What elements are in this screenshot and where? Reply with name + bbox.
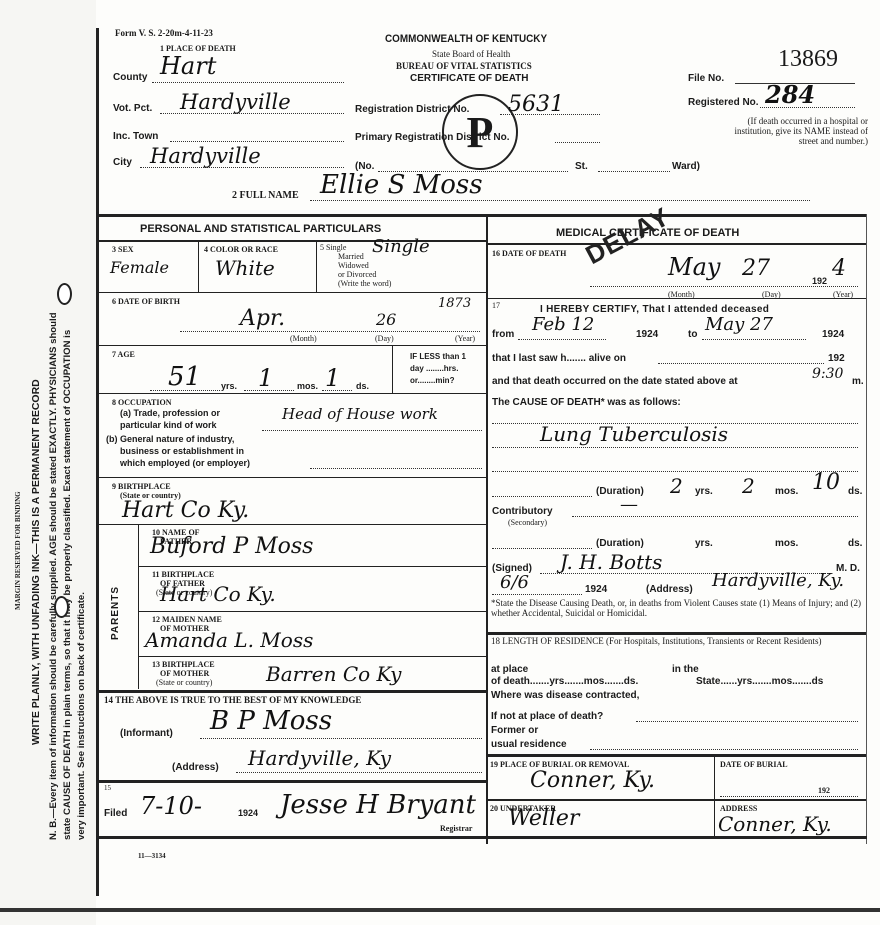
duration2-yrs-label: yrs. bbox=[695, 538, 713, 549]
left-margin: MARGIN RESERVED FOR BINDING WRITE PLAINL… bbox=[0, 0, 96, 925]
signed-address: Hardyville, Ky. bbox=[712, 570, 844, 591]
binding-hole-top bbox=[57, 283, 72, 305]
birthplace-value: Hart Co Ky. bbox=[122, 498, 249, 523]
to-year: 1924 bbox=[822, 329, 844, 340]
undertaker-value: Weller bbox=[508, 806, 579, 831]
column-divider bbox=[486, 214, 488, 844]
sex-value: Female bbox=[110, 258, 169, 277]
st-line bbox=[598, 171, 670, 172]
residence-label: 18 LENGTH OF RESIDENCE (For Hospitals, I… bbox=[491, 636, 861, 647]
informant-label: (Informant) bbox=[120, 728, 173, 739]
signed-date: 6/6 bbox=[500, 572, 529, 593]
date-of-death-line bbox=[590, 286, 858, 287]
rule-father bbox=[138, 566, 486, 567]
mother-birthplace-label-2: OF MOTHER bbox=[160, 669, 209, 678]
dob-day: 26 bbox=[376, 310, 396, 329]
time-value: 9:30 bbox=[812, 366, 843, 382]
birthplace-label: 9 BIRTHPLACE bbox=[112, 482, 171, 491]
rule-burial bbox=[486, 799, 866, 801]
st-label: St. bbox=[575, 161, 588, 172]
occupation-label: 8 OCCUPATION bbox=[112, 398, 171, 407]
occupation-b-label-3: which employed (or employer) bbox=[120, 458, 250, 468]
rule-sex bbox=[99, 292, 486, 293]
right-border bbox=[866, 214, 867, 844]
duration-mos: 2 bbox=[742, 474, 755, 498]
mother-birthplace-label-1: 13 BIRTHPLACE bbox=[152, 660, 215, 669]
full-name-value: Ellie S Moss bbox=[320, 170, 483, 200]
margin-instructions-3: very important. See instructions on back… bbox=[76, 592, 87, 840]
not-at-place-line bbox=[636, 721, 858, 722]
rule-medical-title bbox=[486, 243, 866, 245]
from-label: from bbox=[492, 329, 514, 340]
hospital-note: (If death occurred in a hospital or inst… bbox=[722, 116, 868, 146]
county-value: Hart bbox=[160, 52, 216, 80]
margin-instructions-1: N. B.—Every item of information should b… bbox=[48, 312, 59, 840]
mother-name-value: Amanda L. Moss bbox=[145, 628, 313, 652]
rule-dob bbox=[99, 345, 486, 346]
last-saw-line bbox=[658, 363, 824, 364]
file-no-value: 13869 bbox=[778, 46, 838, 73]
county-line bbox=[152, 82, 344, 83]
filed-label: Filed bbox=[104, 808, 127, 819]
margin-reserved-text: MARGIN RESERVED FOR BINDING bbox=[14, 491, 22, 610]
less-than-day: IF LESS than 1 day ........hrs. or......… bbox=[410, 351, 466, 387]
rule-dod bbox=[486, 298, 866, 299]
rule-filed bbox=[99, 836, 867, 839]
dob-line bbox=[180, 331, 480, 332]
former-label: Former or bbox=[491, 725, 538, 736]
file-no-label: File No. bbox=[688, 73, 724, 84]
mother-name-label-1: 12 MAIDEN NAME bbox=[152, 615, 222, 624]
age-ds-label: ds. bbox=[356, 381, 369, 391]
occupation-a-value: Head of House work bbox=[282, 405, 438, 423]
race-label: 4 COLOR OR RACE bbox=[204, 245, 278, 254]
certify-number: 17 bbox=[492, 301, 500, 310]
dob-month-caption: (Month) bbox=[290, 334, 317, 343]
father-birthplace-label-1: 11 BIRTHPLACE bbox=[152, 570, 214, 579]
duration2-prefix-line bbox=[492, 548, 592, 549]
duration2-label: (Duration) bbox=[596, 538, 644, 549]
occupation-a-label-1: (a) Trade, profession or bbox=[120, 408, 220, 418]
m-label: m. bbox=[852, 376, 864, 387]
occupation-b-line bbox=[310, 468, 482, 469]
burial-divider bbox=[714, 754, 715, 836]
to-line bbox=[702, 339, 806, 340]
ward-label: Ward) bbox=[672, 161, 700, 172]
full-name-line bbox=[310, 200, 810, 201]
secondary-label: (Secondary) bbox=[508, 518, 547, 527]
rule-parents-end bbox=[99, 690, 486, 693]
duration-yrs-label: yrs. bbox=[695, 486, 713, 497]
duration2-mos-label: mos. bbox=[775, 538, 798, 549]
inc-town-label: Inc. Town bbox=[113, 131, 158, 142]
binding-hole-bottom bbox=[54, 596, 69, 618]
age-ds-value: 1 bbox=[325, 364, 340, 392]
age-yrs-value: 51 bbox=[168, 362, 201, 392]
full-name-label: 2 FULL NAME bbox=[232, 190, 299, 201]
county-label: County bbox=[113, 72, 147, 83]
usual-residence-line bbox=[590, 749, 858, 750]
age-mos-label: mos. bbox=[297, 381, 318, 391]
mother-birthplace-value: Barren Co Ky bbox=[266, 662, 401, 686]
informant-address-line bbox=[236, 772, 482, 773]
burial-date-year: 192 bbox=[818, 786, 830, 795]
parents-divider bbox=[138, 524, 139, 689]
dob-day-caption: (Day) bbox=[375, 334, 394, 343]
usual-residence-label: usual residence bbox=[491, 739, 567, 750]
dob-year-caption: (Year) bbox=[455, 334, 475, 343]
filed-year: 1924 bbox=[238, 808, 258, 818]
date-of-death-year-suffix: 4 bbox=[832, 256, 846, 281]
age-yrs-label: yrs. bbox=[221, 381, 237, 391]
filed-date: 7-10- bbox=[140, 792, 202, 820]
to-value: May 27 bbox=[705, 314, 773, 335]
race-divider bbox=[316, 240, 317, 292]
margin-instructions-2: state CAUSE OF DEATH in plain terms, so … bbox=[62, 330, 73, 840]
personal-section-title: PERSONAL AND STATISTICAL PARTICULARS bbox=[140, 223, 381, 235]
duration2-ds-label: ds. bbox=[848, 538, 862, 549]
father-name-value: Buford P Moss bbox=[150, 534, 313, 559]
inc-town-line bbox=[170, 141, 344, 142]
date-of-death-year-prefix: 192 bbox=[812, 276, 827, 286]
registrar-label: Registrar bbox=[440, 824, 472, 833]
to-label: to bbox=[688, 329, 697, 340]
contributory-label: Contributory bbox=[492, 506, 553, 517]
rule-top bbox=[99, 214, 867, 217]
from-line bbox=[518, 339, 606, 340]
form-code: 11—3134 bbox=[138, 852, 166, 861]
date-of-death-day: 27 bbox=[742, 256, 770, 281]
city-label: City bbox=[113, 157, 132, 168]
occupation-a-line bbox=[262, 430, 482, 431]
from-year: 1924 bbox=[636, 329, 658, 340]
registered-no-label: Registered No. bbox=[688, 97, 759, 108]
state-line: State......yrs.......mos.......ds bbox=[696, 676, 823, 687]
burial-date-label: DATE OF BURIAL bbox=[720, 760, 788, 769]
undertaker-address: Conner, Ky. bbox=[718, 812, 832, 836]
contracted-label: Where was disease contracted, bbox=[491, 690, 639, 701]
date-of-death-label: 16 DATE OF DEATH bbox=[492, 249, 566, 258]
signed-date-line bbox=[492, 594, 582, 595]
at-place-label: at place bbox=[491, 664, 528, 675]
rule-father-birthplace bbox=[138, 611, 486, 612]
signed-year: 1924 bbox=[585, 584, 607, 595]
father-birthplace-value: Hart Co Ky. bbox=[160, 582, 276, 606]
contributory-line bbox=[572, 516, 858, 517]
registrar-signature: Jesse H Bryant bbox=[280, 790, 476, 820]
true-statement: 14 THE ABOVE IS TRUE TO THE BEST OF MY K… bbox=[104, 696, 361, 705]
contributory-value: — bbox=[620, 494, 638, 515]
informant-address-value: Hardyville, Ky bbox=[248, 746, 391, 770]
sex-divider bbox=[198, 240, 199, 292]
last-saw-year: 192 bbox=[828, 353, 845, 364]
duration-mos-label: mos. bbox=[775, 486, 798, 497]
from-value: Feb 12 bbox=[532, 314, 594, 335]
occupation-b-label-1: (b) General nature of industry, bbox=[106, 434, 234, 444]
vot-pct-value: Hardyville bbox=[180, 90, 291, 114]
dob-label: 6 DATE OF BIRTH bbox=[112, 297, 180, 306]
occupation-a-label-2: particular kind of work bbox=[120, 420, 217, 430]
cause-value: Lung Tuberculosis bbox=[540, 422, 728, 446]
mother-birthplace-label-3: (State or country) bbox=[156, 678, 212, 687]
margin-write-plainly: WRITE PLAINLY, WITH UNFADING INK—THIS IS… bbox=[30, 379, 42, 745]
rule-birthplace bbox=[99, 524, 486, 525]
primary-district-line bbox=[555, 142, 600, 143]
signed-address-label: (Address) bbox=[646, 584, 693, 595]
dob-month: Apr. bbox=[240, 306, 285, 331]
form-number: Form V. S. 2-20m-4-11-23 bbox=[115, 28, 213, 38]
sex-label: 3 SEX bbox=[112, 245, 134, 254]
signed-value: J. H. Botts bbox=[560, 550, 662, 574]
city-value: Hardyville bbox=[150, 144, 261, 168]
informant-line bbox=[200, 738, 482, 739]
duration-prefix-line bbox=[492, 496, 592, 497]
race-value: White bbox=[215, 256, 275, 280]
filed-number: 15 bbox=[104, 784, 111, 793]
not-at-place-label: If not at place of death? bbox=[491, 711, 603, 722]
left-border bbox=[96, 28, 99, 896]
occurred-label: and that death occurred on the date stat… bbox=[492, 376, 738, 387]
primary-district-label: Primary Registration District No. bbox=[355, 132, 509, 143]
informant-address-label: (Address) bbox=[172, 762, 219, 773]
date-of-death-month: May bbox=[668, 253, 720, 281]
cause-footnote: *State the Disease Causing Death, or, in… bbox=[491, 598, 861, 618]
duration-ds-label: ds. bbox=[848, 486, 862, 497]
of-death-line: of death.......yrs.......mos.......ds. bbox=[491, 676, 638, 687]
rule-mother bbox=[138, 656, 486, 657]
title-certificate: CERTIFICATE OF DEATH bbox=[410, 73, 529, 84]
age-mos-value: 1 bbox=[258, 364, 273, 392]
rule-age bbox=[99, 393, 486, 394]
burial-date-line bbox=[720, 796, 858, 797]
in-the-label: in the bbox=[672, 664, 699, 675]
cause-line-2 bbox=[492, 447, 858, 448]
rule-occupation bbox=[99, 477, 486, 478]
age-label: 7 AGE bbox=[112, 350, 135, 359]
parents-label: PARENTS bbox=[110, 586, 121, 640]
duration-ds: 10 bbox=[812, 470, 840, 495]
last-saw-label: that I last saw h....... alive on bbox=[492, 353, 626, 364]
marital-value: Single bbox=[372, 236, 430, 257]
burial-place-value: Conner, Ky. bbox=[530, 768, 655, 793]
dob-year: 1873 bbox=[438, 296, 471, 311]
bottom-rule bbox=[0, 908, 880, 912]
title-commonwealth: COMMONWEALTH OF KENTUCKY bbox=[385, 33, 547, 45]
vot-pct-label: Vot. Pct. bbox=[113, 103, 152, 114]
rule-informant bbox=[99, 780, 486, 783]
cause-line-3 bbox=[492, 471, 858, 472]
cause-label: The CAUSE OF DEATH* was as follows: bbox=[492, 397, 681, 408]
duration-yrs: 2 bbox=[670, 474, 683, 498]
title-bureau: BUREAU OF VITAL STATISTICS bbox=[396, 61, 532, 71]
title-board: State Board of Health bbox=[432, 49, 510, 59]
registration-district-label: Registration District No. bbox=[355, 104, 469, 115]
occupation-b-label-2: business or establishment in bbox=[120, 446, 244, 456]
rule-residence bbox=[486, 754, 866, 757]
registered-no-value: 284 bbox=[765, 80, 815, 109]
rule-footnote bbox=[486, 632, 866, 635]
informant-value: B P Moss bbox=[210, 706, 332, 736]
age-divider bbox=[392, 345, 393, 393]
registration-district-value: 5631 bbox=[508, 92, 564, 117]
